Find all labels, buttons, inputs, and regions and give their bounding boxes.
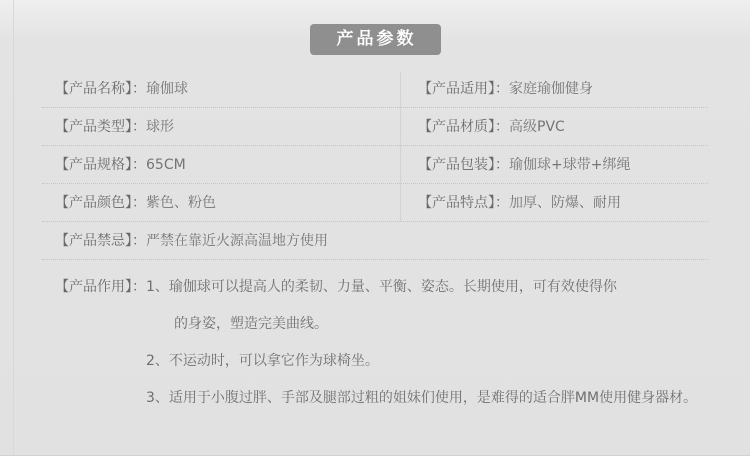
usage-line-1-continued: 的身姿，塑造完美曲线。 xyxy=(146,306,708,343)
param-label: 【产品类型】： xyxy=(55,119,146,135)
spec-column-left: 【产品名称】：瑜伽球 【产品类型】：球形 【产品规格】：65CM 【产品颜色】：… xyxy=(42,70,400,222)
parameters-table: 【产品名称】：瑜伽球 【产品类型】：球形 【产品规格】：65CM 【产品颜色】：… xyxy=(42,70,708,417)
param-label: 【产品包装】： xyxy=(418,157,509,173)
usage-line-2: 2、不运动时，可以拿它作为球椅坐。 xyxy=(146,343,708,380)
param-row-product-material: 【产品材质】：高级PVC xyxy=(400,108,708,146)
product-parameters-page: { "page": { "title": "产品参数" }, "colors":… xyxy=(0,0,750,456)
param-row-product-name: 【产品名称】：瑜伽球 xyxy=(42,70,400,108)
param-row-product-color: 【产品颜色】：紫色、粉色 xyxy=(42,184,400,222)
param-label: 【产品特点】： xyxy=(418,195,509,211)
param-value: 球形 xyxy=(146,119,174,135)
param-row-product-packaging: 【产品包装】：瑜伽球+球带+绑绳 xyxy=(400,146,708,184)
param-label: 【产品作用】： xyxy=(55,269,146,417)
param-value: 严禁在靠近火源高温地方使用 xyxy=(146,233,328,249)
param-row-product-features: 【产品特点】：加厚、防爆、耐用 xyxy=(400,184,708,222)
param-row-product-use: 【产品适用】：家庭瑜伽健身 xyxy=(400,70,708,108)
param-block-product-function: 【产品作用】： 1、瑜伽球可以提高人的柔韧、力量、平衡、姿态。长期使用，可有效使… xyxy=(42,260,708,417)
param-label: 【产品颜色】： xyxy=(55,195,146,211)
left-edge-divider xyxy=(13,0,14,455)
usage-line-3: 3、适用于小腹过胖、手部及腿部过粗的姐妹们使用，是难得的适合胖MM使用健身器材。 xyxy=(146,380,708,417)
param-value: 家庭瑜伽健身 xyxy=(509,81,593,97)
column-divider xyxy=(400,72,401,222)
param-value: 紫色、粉色 xyxy=(146,195,216,211)
section-title-badge: 产品参数 xyxy=(310,24,441,55)
param-value: 高级PVC xyxy=(509,119,565,135)
param-value: 瑜伽球 xyxy=(146,81,188,97)
param-value: 65CM xyxy=(146,157,186,173)
spec-column-right: 【产品适用】：家庭瑜伽健身 【产品材质】：高级PVC 【产品包装】：瑜伽球+球带… xyxy=(400,70,708,222)
param-label: 【产品名称】： xyxy=(55,81,146,97)
usage-lines: 1、瑜伽球可以提高人的柔韧、力量、平衡、姿态。长期使用，可有效使得你 的身姿，塑… xyxy=(146,269,708,417)
param-value: 瑜伽球+球带+绑绳 xyxy=(509,157,630,173)
usage-line-1: 1、瑜伽球可以提高人的柔韧、力量、平衡、姿态。长期使用，可有效使得你 xyxy=(146,269,708,306)
param-row-product-type: 【产品类型】：球形 xyxy=(42,108,400,146)
param-label: 【产品规格】： xyxy=(55,157,146,173)
param-value: 加厚、防爆、耐用 xyxy=(509,195,621,211)
param-label: 【产品材质】： xyxy=(418,119,509,135)
param-row-product-spec: 【产品规格】：65CM xyxy=(42,146,400,184)
param-label: 【产品适用】： xyxy=(418,81,509,97)
param-label: 【产品禁忌】： xyxy=(55,233,146,249)
param-row-product-taboo: 【产品禁忌】：严禁在靠近火源高温地方使用 xyxy=(42,222,708,260)
two-column-spec-grid: 【产品名称】：瑜伽球 【产品类型】：球形 【产品规格】：65CM 【产品颜色】：… xyxy=(42,70,708,222)
